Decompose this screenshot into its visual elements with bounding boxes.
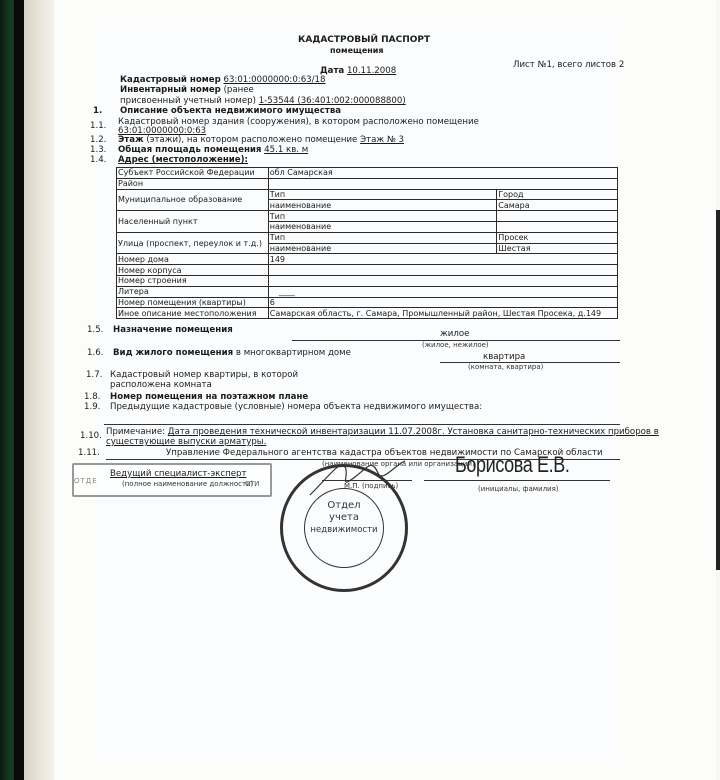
item-1-10-number: 1.10. xyxy=(80,431,102,441)
note-line1: Примечание: Дата проведения технической … xyxy=(106,427,659,437)
signature-caption: М.П. (подпись) xyxy=(344,482,398,490)
document-subtitle: помещения xyxy=(330,46,384,56)
item-1-2: Этаж (этажи), на котором расположено пом… xyxy=(118,135,404,145)
table-row: Номер строения xyxy=(117,275,618,286)
item-1-7-number: 1.7. xyxy=(86,370,102,380)
seal-center-line1: Отдел xyxy=(304,500,384,511)
cell-value xyxy=(268,275,617,286)
cell-sublabel: Тип xyxy=(268,211,497,222)
address-table: Субъект Российской Федерации обл Самарск… xyxy=(116,167,618,319)
cell-sublabel: наименование xyxy=(268,200,497,211)
table-row: Литера ____ xyxy=(117,286,618,297)
inventory-note: (ранее xyxy=(224,85,254,95)
table-row: Иное описание местоположения Самарская о… xyxy=(117,308,618,319)
cell-sublabel: наименование xyxy=(268,243,497,254)
cell-value: Самара xyxy=(497,200,618,211)
note-label: Примечание: xyxy=(106,427,165,437)
cell-value: Самарская область, г. Самара, Промышленн… xyxy=(268,308,617,319)
purpose-caption: (жилое, нежилое) xyxy=(422,341,489,349)
item-1-8-number: 1.8. xyxy=(84,392,100,402)
note-topline xyxy=(104,424,620,425)
living-type-value: квартира xyxy=(483,352,525,362)
cell-label: Район xyxy=(117,178,269,189)
living-type-label: Вид жилого помещения xyxy=(113,348,233,358)
cadastral-number: Кадастровый номер 63:01:0000000:0:63/18 xyxy=(120,75,325,85)
date-line: Дата 10.11.2008 xyxy=(320,66,396,76)
item-1-9-number: 1.9. xyxy=(84,402,100,412)
table-row: Муниципальное образование Тип Город xyxy=(117,189,618,200)
table-row: Номер дома 149 xyxy=(117,254,618,265)
date-value: 10.11.2008 xyxy=(347,66,396,76)
inventory-number: Инвентарный номер (ранее xyxy=(120,85,254,95)
cell-label: Улица (проспект, переулок и т.д.) xyxy=(117,232,269,254)
cadastral-label: Кадастровый номер xyxy=(120,75,221,85)
living-type-caption: (комната, квартира) xyxy=(468,363,543,371)
cell-label: Субъект Российской Федерации xyxy=(117,168,269,179)
cell-label: Номер строения xyxy=(117,275,269,286)
table-row: Номер корпуса xyxy=(117,265,618,276)
floor-value: Этаж № 3 xyxy=(360,135,404,145)
note-text: Дата проведения технической инвентаризац… xyxy=(168,427,659,437)
living-type: Вид жилого помещения в многоквартирном д… xyxy=(113,348,351,358)
cell-value: обл Самарская xyxy=(268,168,617,179)
table-row: Улица (проспект, переулок и т.д.) Тип Пр… xyxy=(117,232,618,243)
section-1-title: Описание объекта недвижимого имущества xyxy=(120,106,341,116)
item-1-7-line2: расположена комната xyxy=(110,380,212,390)
inventory-label: Инвентарный номер xyxy=(120,85,221,95)
cell-value: 6 xyxy=(268,297,617,308)
section-1-number: 1. xyxy=(93,106,102,116)
signer-position: Ведущий специалист-эксперт xyxy=(110,469,246,479)
table-row: Номер помещения (квартиры) 6 xyxy=(117,297,618,308)
address-label: Адрес (местоположение): xyxy=(118,155,248,165)
table-row: Населенный пункт Тип xyxy=(117,211,618,222)
area-value: 45.1 кв. м xyxy=(264,145,308,155)
scan-background-right xyxy=(716,210,720,570)
cell-label: Населенный пункт xyxy=(117,211,269,233)
handwritten-signature xyxy=(300,455,410,500)
inventory-line2: присвоенный учетный номер) 1-53544 (36:4… xyxy=(120,96,406,106)
table-row: Район xyxy=(117,178,618,189)
floor-plan-number-label: Номер помещения на поэтажном плане xyxy=(110,392,308,402)
name-caption: (инициалы, фамилия) xyxy=(478,485,559,493)
stamp-fragment-right: СТИ xyxy=(245,479,259,489)
cadastral-value: 63:01:0000000:0:63/18 xyxy=(224,75,326,85)
table-row: Субъект Российской Федерации обл Самарск… xyxy=(117,168,618,179)
item-1-3: Общая площадь помещения 45.1 кв. м xyxy=(118,145,308,155)
item-1-2-number: 1.2. xyxy=(90,135,106,145)
cell-value: Просек xyxy=(497,232,618,243)
cell-label: Муниципальное образование xyxy=(117,189,269,211)
item-1-6-number: 1.6. xyxy=(87,348,103,358)
seal-center-line2: учета xyxy=(304,512,384,523)
cell-label: Номер дома xyxy=(117,254,269,265)
cell-sublabel: наименование xyxy=(268,221,497,232)
inventory-value: 1-53544 (36:401:002:000088800) xyxy=(259,96,406,106)
position-caption: (полное наименование должности) xyxy=(122,480,253,488)
living-type-text: в многоквартирном доме xyxy=(236,348,351,358)
signature-underline xyxy=(322,480,412,481)
cell-value: Город xyxy=(497,189,618,200)
page-fold-edge xyxy=(24,0,54,780)
seal-center-line3: недвижимости xyxy=(304,525,384,535)
item-1-1-number: 1.1. xyxy=(90,121,106,131)
item-1-3-number: 1.3. xyxy=(90,145,106,155)
area-label: Общая площадь помещения xyxy=(118,145,261,155)
cell-value xyxy=(497,221,618,232)
floor-text: (этажи), на котором расположено помещени… xyxy=(146,135,357,145)
stamp-fragment-left: ОТДЕ xyxy=(74,476,98,486)
note-line2: существующие выпуски арматуры. xyxy=(106,437,266,447)
item-1-11-number: 1.11. xyxy=(78,448,100,458)
cell-label: Литера xyxy=(117,286,269,297)
signer-name: Борисова Е.В. xyxy=(455,452,569,478)
cell-value: ____ xyxy=(268,286,617,297)
cell-label: Номер помещения (квартиры) xyxy=(117,297,269,308)
cell-value xyxy=(268,178,617,189)
previous-numbers-label: Предыдущие кадастровые (условные) номера… xyxy=(110,402,482,412)
document-title: КАДАСТРОВЫЙ ПАСПОРТ xyxy=(298,35,430,45)
sheet-number: Лист №1, всего листов 2 xyxy=(513,60,624,70)
item-1-7-line1: Кадастровый номер квартиры, в которой xyxy=(110,370,298,380)
item-1-4-number: 1.4. xyxy=(90,155,106,165)
inventory-prefix: присвоенный учетный номер) xyxy=(120,96,256,106)
cell-value xyxy=(497,211,618,222)
cell-value: Шестая xyxy=(497,243,618,254)
cell-value xyxy=(268,265,617,276)
name-underline xyxy=(424,480,610,481)
floor-label: Этаж xyxy=(118,135,144,145)
cell-sublabel: Тип xyxy=(268,189,497,200)
purpose-label: Назначение помещения xyxy=(113,325,233,335)
cell-label: Иное описание местоположения xyxy=(117,308,269,319)
purpose-value: жилое xyxy=(440,329,469,339)
cell-label: Номер корпуса xyxy=(117,265,269,276)
cell-sublabel: Тип xyxy=(268,232,497,243)
item-1-5-number: 1.5. xyxy=(87,325,103,335)
cell-value: 149 xyxy=(268,254,617,265)
